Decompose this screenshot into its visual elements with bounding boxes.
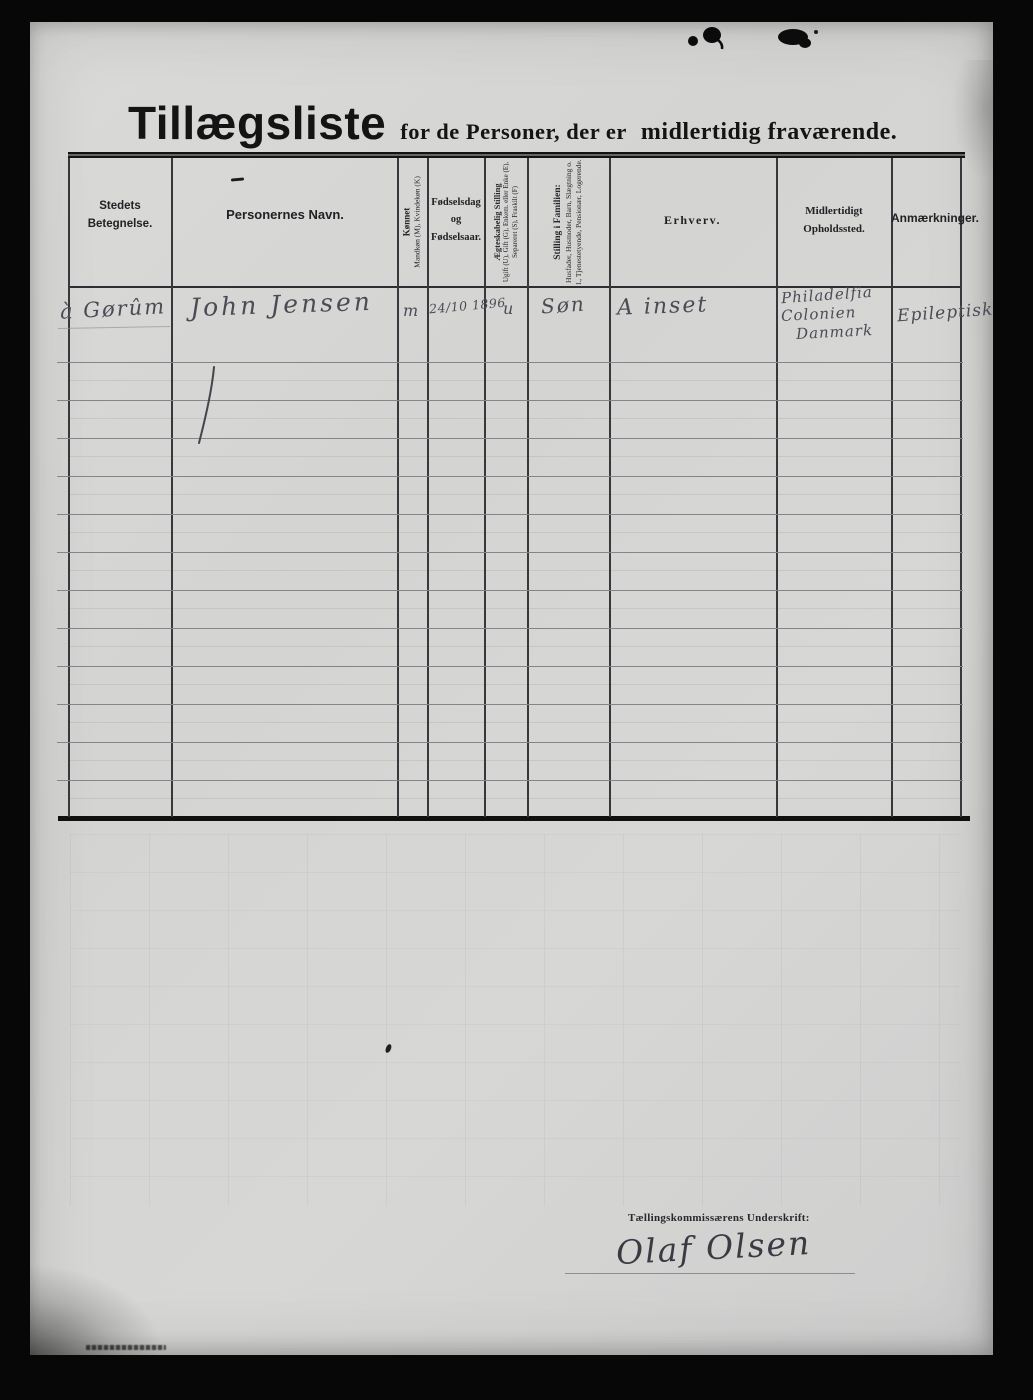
column-header-family-position: Stilling i Familien: Husfader, Husmoder,… — [527, 158, 609, 286]
signature-label: Tællingskommissærens Underskrift: — [628, 1212, 810, 1224]
column-header-place-line1: Stedets — [68, 197, 172, 215]
column-header-birthdate: Fødselsdag og Fødselsaar. — [427, 194, 485, 246]
column-header-name: Personernes Navn. — [172, 207, 398, 222]
column-header-family-position-sublabel: Husfader, Husmoder, Barn, Slægtning o. l… — [564, 158, 584, 286]
scanned-census-form: { "page": { "title": "Tillægsliste", "su… — [0, 0, 1033, 1400]
page-corner-shadow — [30, 1266, 160, 1355]
column-header-gender: Kønnet Mandkøn (M), Kvindekøn (K) — [397, 158, 427, 286]
signature-line — [565, 1273, 855, 1274]
column-header-remarks: Anmærkninger. — [891, 211, 962, 225]
page-title-subtitle-emphasis: midlertidig fraværende. — [641, 119, 897, 146]
column-header-temporary-residence: Midlertidigt Opholdssted. — [776, 203, 892, 238]
page-title-main: Tillægsliste — [128, 96, 386, 150]
column-header-marital-status: Ægteskabelig Stilling Ugift (U), Gift (G… — [484, 158, 527, 286]
column-header-marital-status-label: Ægteskabelig Stilling — [491, 158, 501, 286]
column-header-temporary-residence-line2: Opholdssted. — [776, 221, 892, 239]
entry-gender: m — [403, 301, 418, 320]
page-title: Tillægsliste for de Personer, der er mid… — [128, 96, 897, 150]
column-header-place-line2: Betegnelse. — [68, 215, 172, 233]
stray-pen-stroke — [195, 364, 221, 448]
ink-blot-marks — [680, 24, 840, 64]
column-header-birthdate-line3: Fødselsaar. — [427, 229, 485, 246]
column-header-gender-label: Kønnet — [402, 158, 413, 286]
column-header-occupation: Erhverv. — [609, 213, 776, 228]
paper-edge-smudge — [952, 60, 994, 180]
entry-marital-status: u — [503, 299, 513, 318]
column-header-birthdate-line1: Fødselsdag — [427, 194, 485, 211]
column-header-gender-sublabel: Mandkøn (M), Kvindekøn (K) — [413, 158, 422, 286]
table-bottom-rule — [58, 816, 970, 821]
column-header-marital-status-sublabel: Ugift (U), Gift (G), Enkem. eller Enke (… — [502, 158, 520, 286]
column-header-family-position-label: Stilling i Familien: — [552, 158, 564, 286]
column-header-place: Stedets Betegnelse. — [68, 197, 172, 234]
bleed-through-grid — [70, 834, 960, 1206]
column-header-birthdate-line2: og — [427, 211, 485, 228]
entry-family-position: Søn — [540, 291, 586, 318]
page-title-subtitle-prefix: for de Personer, der er — [400, 119, 627, 145]
column-header-temporary-residence-line1: Midlertidigt — [776, 203, 892, 221]
entry-occupation: A inset — [617, 292, 709, 320]
